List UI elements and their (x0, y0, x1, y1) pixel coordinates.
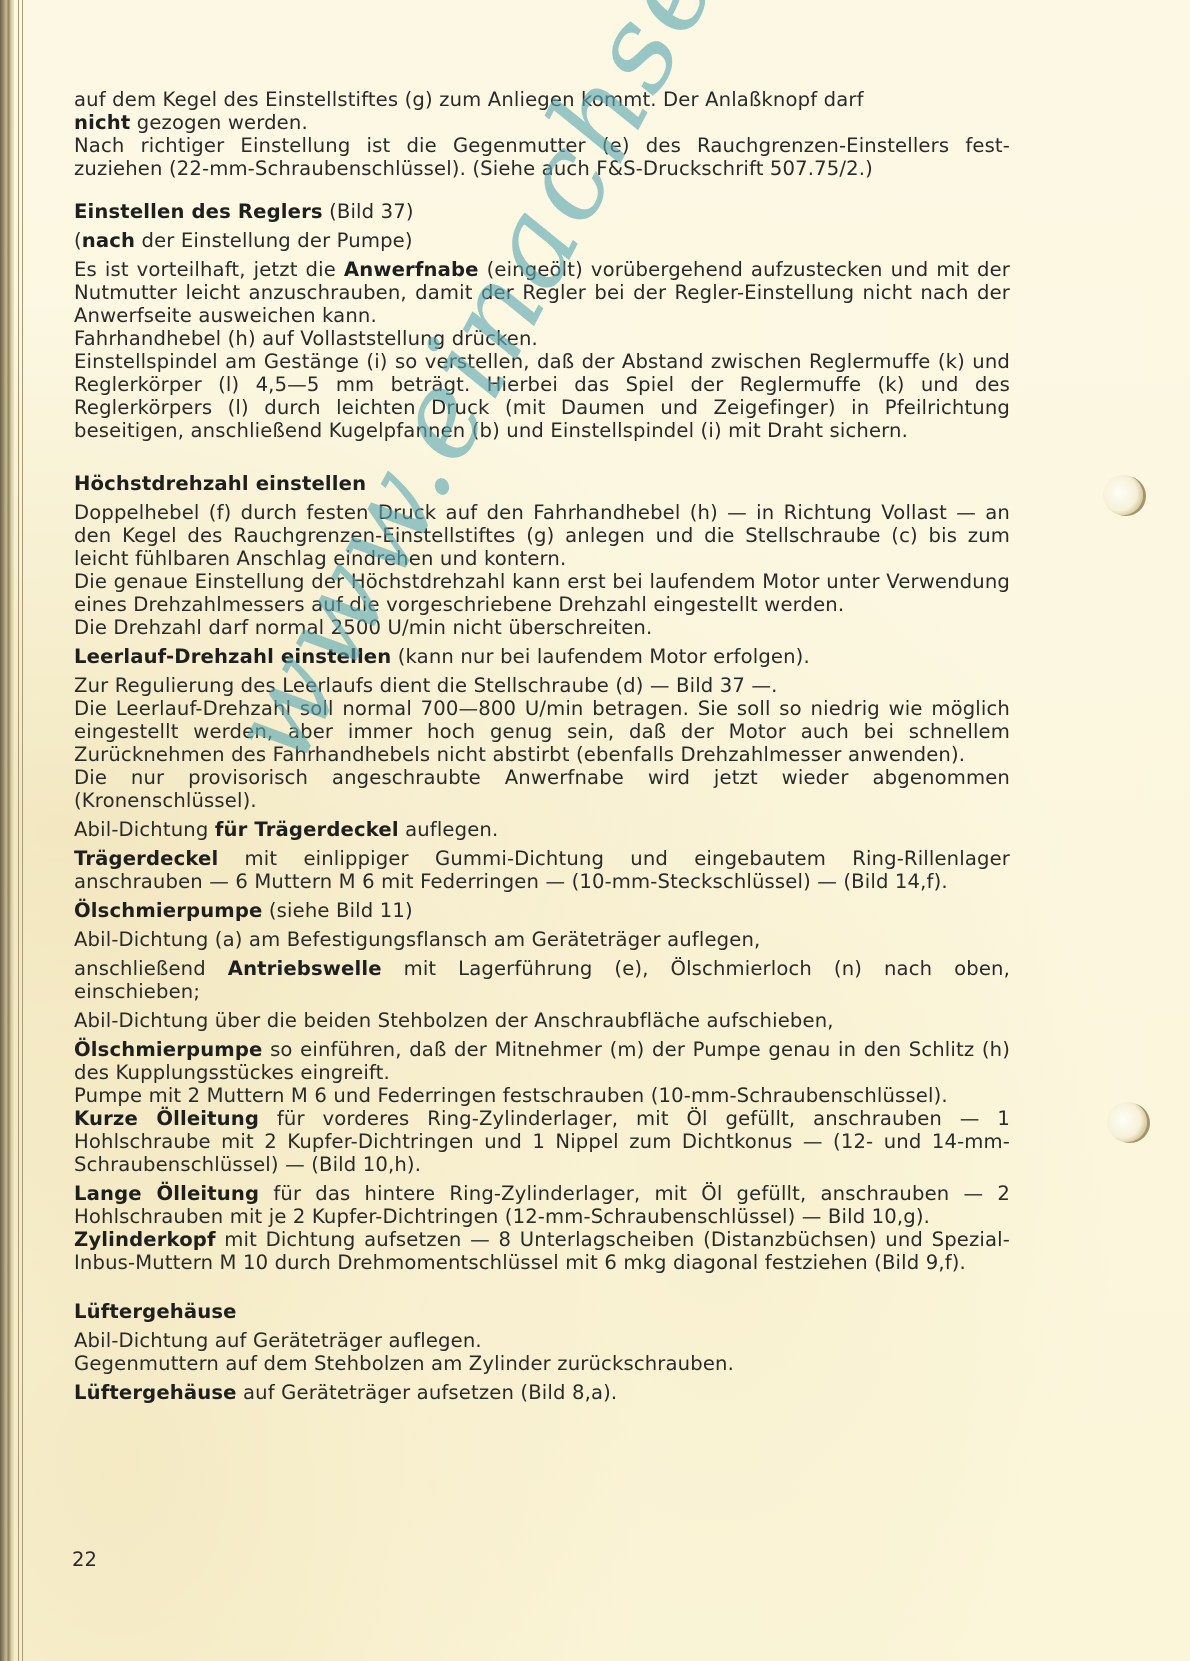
paragraph: Doppelhebel (f) durch festen Druck auf d… (74, 501, 1010, 570)
bold-text: Ölschmierpumpe (74, 1038, 263, 1061)
subheading: (nach der Einstellung der Pumpe) (74, 229, 1010, 252)
paragraph: Die genaue Einstellung der Höchstdrehzah… (74, 570, 1010, 616)
paragraph: Die nur provisorisch angeschraubte Anwer… (74, 766, 1010, 812)
section-heading-leerlauf: Leerlauf-Drehzahl einstellen (kann nur b… (74, 645, 1010, 668)
punch-hole (1107, 1102, 1147, 1142)
bold-text: Antriebswelle (228, 957, 382, 980)
paragraph: Nach richtiger Einstellung ist die Gegen… (74, 134, 1010, 180)
paragraph: Fahrhandhebel (h) auf Vollaststellung dr… (74, 327, 1010, 350)
punch-hole (1103, 475, 1143, 515)
section-heading-regler: Einstellen des Reglers (Bild 37) (74, 200, 1010, 223)
paragraph: Abil-Dichtung für Trägerdeckel auflegen. (74, 818, 1010, 841)
paragraph: Es ist vorteilhaft, jetzt die Anwerfnabe… (74, 258, 1010, 327)
binding-line (18, 0, 19, 1661)
text: (kann nur bei laufendem Motor erfolgen). (391, 645, 810, 668)
heading-text: Ölschmierpumpe (74, 899, 263, 922)
bold-text: Lüftergehäuse (74, 1381, 237, 1404)
text: anschließend (74, 957, 228, 980)
text: der Einstellung der Pumpe) (135, 229, 413, 252)
paragraph: anschließend Antriebswelle mit Lagerführ… (74, 957, 1010, 1003)
section-heading-lueftergehaeuse: Lüftergehäuse (74, 1300, 1010, 1323)
paragraph: Lüftergehäuse auf Geräteträger aufsetzen… (74, 1381, 1010, 1404)
paragraph: Pumpe mit 2 Muttern M 6 und Federringen … (74, 1084, 1010, 1107)
bold-text: nicht (74, 111, 130, 134)
heading-text: Einstellen des Reglers (74, 200, 323, 223)
paragraph: Ölschmierpumpe so einführen, daß der Mit… (74, 1038, 1010, 1084)
heading-text: Leerlauf-Drehzahl einstellen (74, 645, 391, 668)
bold-text: Anwerfnabe (344, 258, 479, 281)
bold-text: nach (82, 229, 135, 252)
paragraph: Lange Ölleitung für das hintere Ring-Zyl… (74, 1182, 1010, 1228)
bold-text: Trägerdeckel (74, 847, 218, 870)
bold-text: Zylinderkopf (74, 1228, 216, 1251)
text: auflegen. (399, 818, 499, 841)
text: gezogen werden. (130, 111, 307, 134)
section-heading-oelschmierpumpe: Ölschmierpumpe (siehe Bild 11) (74, 899, 1010, 922)
text: auf Geräteträger aufsetzen (Bild 8,a). (237, 1381, 618, 1404)
text: Abil-Dichtung (74, 818, 215, 841)
paragraph: Trägerdeckel mit einlippiger Gummi-Dicht… (74, 847, 1010, 893)
paragraph: Einstellspindel am Gestänge (i) so verst… (74, 350, 1010, 442)
paragraph: nicht gezogen werden. (74, 111, 1010, 134)
binding-line (22, 0, 23, 1661)
text: ( (74, 229, 82, 252)
paragraph: auf dem Kegel des Einstellstiftes (g) zu… (74, 88, 1010, 111)
text: (Bild 37) (323, 200, 414, 223)
paragraph: Die Leerlauf-Drehzahl soll normal 700—80… (74, 697, 1010, 766)
text: Es ist vorteilhaft, jetzt die (74, 258, 344, 281)
page-number: 22 (72, 1548, 97, 1571)
paragraph: Zylinderkopf mit Dichtung aufsetzen — 8 … (74, 1228, 1010, 1274)
paragraph: Zur Regulierung des Leerlaufs dient die … (74, 674, 1010, 697)
paragraph: Kurze Ölleitung für vorderes Ring-Zylind… (74, 1107, 1010, 1176)
paragraph: Gegenmuttern auf dem Stehbolzen am Zylin… (74, 1352, 1010, 1375)
paragraph: Abil-Dichtung (a) am Befestigungsflansch… (74, 928, 1010, 951)
text: (siehe Bild 11) (263, 899, 413, 922)
paragraph: Abil-Dichtung auf Geräteträger auflegen. (74, 1329, 1010, 1352)
bold-text: für Trägerdeckel (215, 818, 399, 841)
section-heading-hoechstdrehzahl: Höchstdrehzahl einstellen (74, 472, 1010, 495)
bold-text: Kurze Ölleitung (74, 1107, 259, 1130)
paragraph: Abil-Dichtung über die beiden Stehbolzen… (74, 1009, 1010, 1032)
paragraph: Die Drehzahl darf normal 2500 U/min nich… (74, 616, 1010, 639)
page-content: auf dem Kegel des Einstellstiftes (g) zu… (74, 88, 1010, 1404)
book-binding-edge (0, 0, 14, 1661)
bold-text: Lange Ölleitung (74, 1182, 259, 1205)
